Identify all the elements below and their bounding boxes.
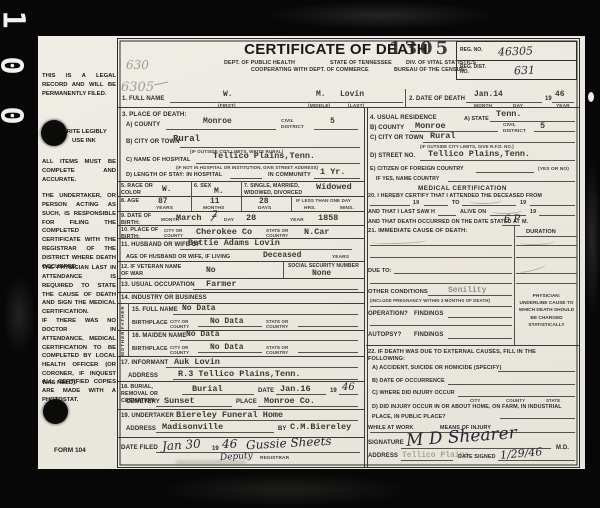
reg-no-label: REG. NO. <box>460 48 490 54</box>
due-to-label: DUE TO: <box>368 268 392 275</box>
residence-citizen-note: (YES OR NO) <box>538 167 569 173</box>
film-strip-digit: 0 <box>0 56 29 74</box>
pod-community-label: IN COMMUNITY <box>268 172 311 179</box>
physician-instruction: PHYSICIAN: UNDERLINE CAUSE TO WHICH DEAT… <box>518 293 575 329</box>
immediate-cause-label: 21. IMMEDIATE CAUSE OF DEATH: <box>368 228 467 235</box>
residence-street-label: D) STREET NO. <box>370 153 415 161</box>
duration-label: DURATION <box>526 229 556 236</box>
external-causes-heading: 22. IF DEATH WAS DUE TO EXTERNAL CAUSES,… <box>368 349 573 363</box>
medical-certification-heading: MEDICAL CERTIFICATION <box>418 185 507 193</box>
to-label: TO <box>452 200 460 207</box>
burial-year: 46 <box>342 383 355 393</box>
sidebar-note-legal-record: THIS IS A LEGAL RECORD AND WILL BE PERMA… <box>42 72 116 99</box>
year-prefix: 19 <box>530 209 536 216</box>
scan-noise <box>150 472 450 508</box>
pod-hospital-label: C) NAME OF HOSPITAL <box>126 157 191 164</box>
cemetery-value: Sunset <box>164 397 195 406</box>
residence-county-label: B) COUNTY <box>370 125 404 133</box>
external-d-label: D) DID INJURY OCCUR IN OR ABOUT HOME, ON… <box>372 403 572 422</box>
age-days: 28 <box>259 198 269 206</box>
faint-cause-handwriting <box>372 237 427 245</box>
marital-label: 7. SINGLE, MARRIED, WIDOWED, DIVORCED <box>244 183 318 196</box>
spouse-years-sub: YEARS <box>332 255 349 261</box>
mother-side-label: MOTHER <box>120 332 125 356</box>
residence-county-value: Monroe <box>415 122 446 131</box>
autopsy-label: AUTOPSY? <box>368 332 401 340</box>
spouse-age-label: AGE OF HUSBAND OR WIFE, IF LIVING <box>126 254 230 261</box>
operation-label: OPERATION? <box>368 311 408 319</box>
film-strip-digit: 1 <box>0 10 31 28</box>
md-label: M.D. <box>556 445 569 453</box>
pod-county-value: Monroe <box>203 118 232 126</box>
scan-noise <box>584 150 600 370</box>
reg-no-value: 46305 <box>498 44 533 58</box>
dob-month: March <box>176 214 202 223</box>
age-months: 11 <box>210 198 220 206</box>
time-of-death-value: 6 P <box>504 215 520 225</box>
full-name-middle: M. <box>316 91 326 99</box>
full-name-last: Lovin <box>340 91 364 99</box>
faint-pencil-mark <box>470 197 502 204</box>
pod-stay-label: D) LENGTH OF STAY: IN HOSPITAL <box>126 172 222 179</box>
undertaker-name: Biereley Funeral Home <box>176 411 283 420</box>
father-name-value: No Data <box>182 305 216 313</box>
pob-state-value: N.Car <box>304 228 330 237</box>
pod-county-label: A) COUNTY <box>126 122 160 130</box>
registrar-label: REGISTRAR <box>260 456 289 462</box>
residence-city-value: Rural <box>430 132 456 141</box>
scan-noise <box>250 0 510 34</box>
residence-state-label: A) STATE <box>464 116 489 123</box>
external-b-label: B) DATE OF OCCURRENCE <box>372 378 445 385</box>
pod-civil-value: 5 <box>330 118 335 126</box>
pod-city-label: B) CITY OR TOWN <box>126 139 180 147</box>
place-of-death-heading: 3. PLACE OF DEATH: <box>122 111 187 119</box>
date-of-death-label: 2. DATE OF DEATH <box>409 96 465 104</box>
scanned-death-certificate: { "palette":{"paper":"#edeae3","ink_prin… <box>0 0 600 508</box>
pod-community-value: 1 Yr. <box>320 168 346 177</box>
hole-punch <box>41 120 67 146</box>
date-of-death-year: 46 <box>555 91 565 99</box>
informant-address-label: ADDRESS <box>128 373 158 381</box>
scan-noise <box>2 270 36 360</box>
last-saw-statement: AND THAT I LAST SAW H <box>368 209 435 216</box>
certificate-paper: THIS IS A LEGAL RECORD AND WILL BE PERMA… <box>38 36 585 469</box>
autopsy-findings-label: FINDINGS <box>414 332 443 340</box>
residence-citizen-label: E) CITIZEN OF FOREIGN COUNTRY <box>370 166 464 173</box>
pod-civil-label: CIVIL DISTRICT <box>281 119 307 131</box>
pod-hospital-note: (IF NOT IN HOSPITAL OR INSTITUTION, GIVE… <box>176 165 318 170</box>
header-state: STATE OF TENNESSEE <box>330 60 392 67</box>
pob-city-value: Cherokee Co <box>196 228 252 237</box>
operation-findings-label: FINDINGS <box>414 311 443 319</box>
other-conditions-note: (INCLUDE PREGNANCY WITHIN 3 MONTHS OF DE… <box>370 298 490 303</box>
header-bureau: BUREAU OF THE CENSUS <box>394 67 464 74</box>
occupation-value: Farmer <box>206 280 237 289</box>
occurred-statement: AND THAT DEATH OCCURRED ON THE DATE STAT… <box>368 219 520 226</box>
residence-city-label: C) CITY OR TOWN <box>370 135 424 143</box>
residence-state-value: Tenn. <box>496 110 522 119</box>
undertaker-by-label: BY <box>278 426 287 434</box>
race-value: W. <box>162 186 172 194</box>
faint-stamp <box>176 460 246 465</box>
spouse-age-value: Deceased <box>263 252 301 260</box>
pob-state-sub: STATE OR COUNTRY <box>266 228 292 239</box>
spouse-value: Bettie Adams Lovin <box>188 239 280 248</box>
sex-label: 6. SEX <box>194 183 211 190</box>
year-prefix: 19 <box>212 446 219 454</box>
external-c-label: C) WHERE DID INJURY OCCUR <box>372 390 455 397</box>
certificate-stamp-number: 1305 <box>389 38 451 59</box>
burial-place-label: PLACE <box>236 399 257 407</box>
pencil-dash <box>154 82 168 86</box>
other-conditions-label: OTHER CONDITIONS <box>368 289 428 296</box>
undertaker-address: Madisonville <box>162 423 223 432</box>
pod-hospital-value: Tellico Plains,Tenn. <box>213 152 315 161</box>
dob-day-sub: DAY <box>224 218 234 224</box>
sex-value: M. <box>214 188 224 196</box>
age-label: 8. AGE <box>121 198 139 205</box>
ssn-value: None <box>312 270 331 278</box>
physician-signature: M D Shearer <box>406 425 518 450</box>
dob-year-sub: YEAR <box>290 218 304 224</box>
informant-label: 17. INFORMANT <box>121 360 168 368</box>
date-of-death-value: Jan.14 <box>474 91 503 99</box>
residence-civil-value: 5 <box>540 122 545 131</box>
occupation-label: 13. USUAL OCCUPATION <box>121 282 195 290</box>
undertaker-label: 19. UNDERTAKER <box>121 413 174 421</box>
pencil-annotation: 6305 <box>121 81 154 94</box>
residence-street-value: Tellico Plains,Tenn. <box>428 150 530 159</box>
year-prefix: 19 <box>545 96 552 104</box>
registration-box: REG. NO. 46305 REG. DIST. NO. 631 <box>456 41 577 80</box>
alive-on-label: ALIVE ON <box>460 209 486 216</box>
form-number: FORM 104 <box>54 446 86 456</box>
industry-label: 14. INDUSTRY OR BUSINESS <box>121 295 207 303</box>
residence-country-label: IF YES, NAME COUNTRY <box>376 176 439 183</box>
burial-date-label: DATE <box>258 388 274 396</box>
header-cooperating: COOPERATING WITH DEPT. OF COMMERCE <box>251 67 369 74</box>
burial-method: Burial <box>192 385 223 394</box>
date-filed-label: DATE FILED <box>121 444 158 452</box>
pob-city-sub: CITY OR COUNTY <box>164 228 188 239</box>
cemetery-label: CEMETERY <box>126 399 160 407</box>
mother-name-value: No Data <box>186 331 220 339</box>
certificate-form: CERTIFICATE OF DEATH 1305 DEPT. OF PUBLI… <box>117 38 580 468</box>
dob-day: 28 <box>246 214 256 223</box>
residence-civil-label: CIVIL DISTRICT <box>503 123 529 135</box>
burial-place-value: Monroe Co. <box>264 397 315 406</box>
scan-speck <box>588 92 594 102</box>
marital-value: Widowed <box>316 183 352 192</box>
signature-label: SIGNATURE <box>368 440 404 448</box>
mother-birthplace-label: BIRTHPLACE <box>132 346 168 353</box>
registrar-signature: Gussie Sheets <box>246 435 332 451</box>
date-filed-value: Jan 30 <box>162 438 202 453</box>
certify-statement: 20. I HEREBY CERTIFY THAT I ATTENDED THE… <box>368 193 542 200</box>
race-label: 5. RACE OR COLOR <box>121 183 157 197</box>
meridiem-label: M. <box>522 219 528 226</box>
other-conditions-value: Senility <box>448 287 486 295</box>
pencil-annotation: 630 <box>126 59 149 71</box>
sidebar-note-physician: THE PHYSICIAN LAST IN ATTENDANCE IS REQU… <box>42 264 116 317</box>
father-bp-state-sub: STATE OR COUNTRY <box>266 319 292 330</box>
father-birthplace-label: BIRTHPLACE <box>132 320 168 327</box>
undertaker-address-label: ADDRESS <box>126 426 156 434</box>
date-filed-year: 46 <box>222 438 237 450</box>
father-birthplace-value: No Data <box>210 318 244 326</box>
full-name-first: W. <box>223 91 233 99</box>
external-a-label: A) ACCIDENT, SUICIDE OR HOMICIDE (SPECIF… <box>372 365 502 372</box>
column-divider <box>364 107 368 467</box>
year-prefix: 19 <box>520 200 526 207</box>
reg-dist-label: REG. DIST. NO. <box>460 65 490 76</box>
father-bp-city-sub: CITY OR COUNTY <box>170 319 194 330</box>
mother-bp-state-sub: STATE OR COUNTRY <box>266 345 292 356</box>
veteran-label: 12. IF VETERAN NAME OF WAR <box>121 264 183 278</box>
header-dept: DEPT. OF PUBLIC HEALTH <box>224 60 295 67</box>
father-side-label: FATHER <box>120 305 125 329</box>
signature-address-label: ADDRESS <box>368 453 398 461</box>
year-prefix: 19 <box>413 200 419 207</box>
reg-no-row: REG. NO. 46305 <box>457 42 576 61</box>
father-name-label: 15. FULL NAME <box>132 307 178 315</box>
hole-punch <box>43 399 68 424</box>
mother-birthplace-value: No Data <box>210 344 244 352</box>
date-signed-label: DATE SIGNED <box>458 454 496 461</box>
sidebar-note-undertaker: THE UNDERTAKER, OR PERSON ACTING AS SUCH… <box>42 192 116 272</box>
mother-bp-city-sub: CITY OR COUNTY <box>170 345 194 356</box>
reg-dist-row: REG. DIST. NO. 631 <box>457 61 576 79</box>
undertaker-by: C.M.Biereley <box>290 423 351 432</box>
pod-city-value: Rural <box>173 135 200 144</box>
date-signed-value: 1/29/46 <box>500 446 543 461</box>
dob-year: 1858 <box>318 214 338 223</box>
informant-address: R.3 Tellico Plains,Tenn. <box>178 370 300 379</box>
informant-name: Auk Lovin <box>174 358 220 367</box>
mother-name-label: 16. MAIDEN NAME <box>132 333 187 341</box>
age-years: 87 <box>158 198 168 206</box>
film-strip-digit: 0 <box>0 106 29 124</box>
sidebar-note-complete: ALL ITEMS MUST BE COMPLETE AND ACCURATE. <box>42 158 116 185</box>
burial-date: Jan.16 <box>280 385 311 394</box>
veteran-value: No <box>206 267 216 275</box>
year-prefix: 19 <box>330 388 337 396</box>
reg-dist-value: 631 <box>514 63 535 77</box>
age-less-label: IF LESS THAN ONE DAY <box>296 198 351 204</box>
full-name-label: 1. FULL NAME <box>122 96 164 104</box>
